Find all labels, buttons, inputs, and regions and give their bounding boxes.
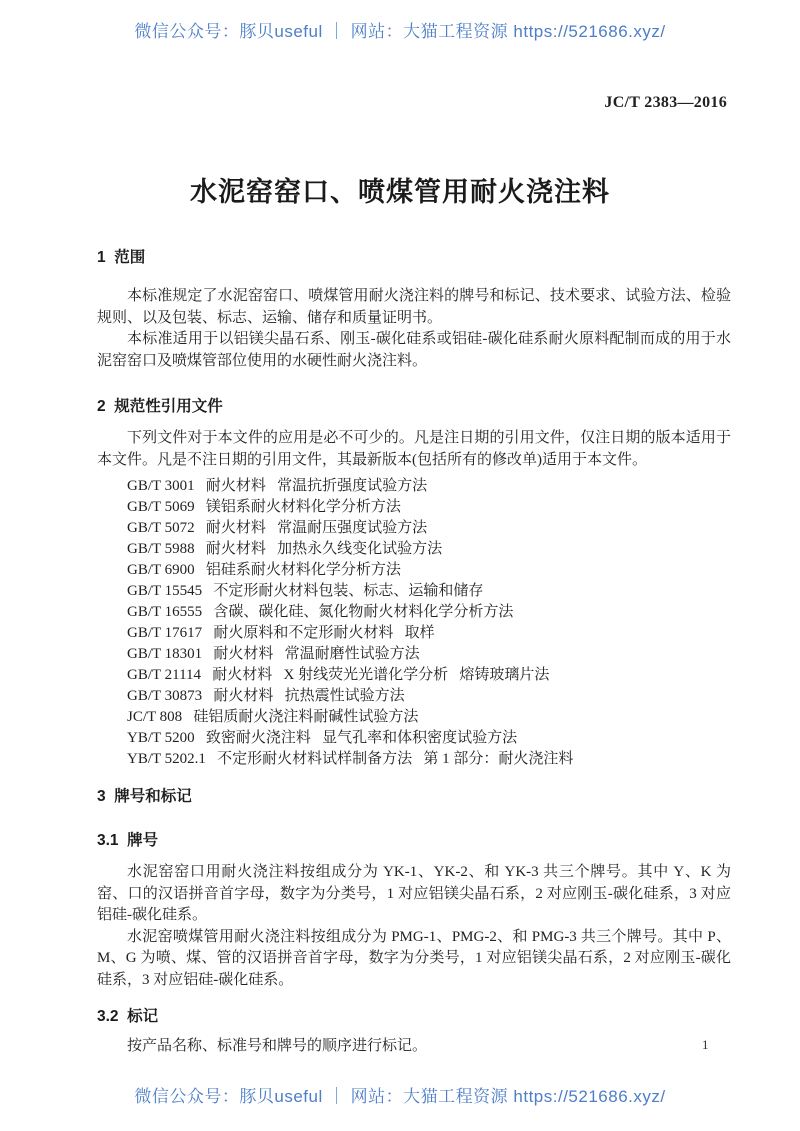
reference-item: GB/T 3001 耐火材料 常温抗折强度试验方法: [127, 476, 731, 497]
reference-item: GB/T 5988 耐火材料 加热永久线变化试验方法: [127, 539, 731, 560]
header-watermark: 微信公众号：豚贝useful ｜ 网站：大猫工程资源 https://52168…: [0, 17, 800, 42]
document-title: 水泥窑窑口、喷煤管用耐火浇注料: [0, 170, 800, 209]
footer-watermark: 微信公众号：豚贝useful ｜ 网站：大猫工程资源 https://52168…: [0, 1082, 800, 1107]
reference-item: YB/T 5200 致密耐火浇注料 显气孔率和体积密度试验方法: [127, 728, 731, 749]
reference-item: GB/T 21114 耐火材料 X 射线荧光光谱化学分析 熔铸玻璃片法: [127, 665, 731, 686]
section-2-paragraph-1: 下列文件对于本文件的应用是必不可少的。凡是注日期的引用文件，仅注日期的版本适用于…: [97, 428, 731, 471]
reference-item: GB/T 6900 铝硅系耐火材料化学分析方法: [127, 560, 731, 581]
reference-item: GB/T 15545 不定形耐火材料包装、标志、运输和储存: [127, 581, 731, 602]
section-3-1-paragraph-2: 水泥窑喷煤管用耐火浇注料按组成分为 PMG-1、PMG-2、和 PMG-3 共三…: [97, 927, 731, 992]
section-3-1-heading: 3.1 牌号: [97, 830, 731, 852]
section-1-paragraph-2: 本标准适用于以铝镁尖晶石系、刚玉-碳化硅系或铝硅-碳化硅系耐火原料配制而成的用于…: [97, 329, 731, 372]
reference-item: GB/T 5069 镁铝系耐火材料化学分析方法: [127, 497, 731, 518]
reference-item: GB/T 5072 耐火材料 常温耐压强度试验方法: [127, 518, 731, 539]
section-3-1-paragraph-1: 水泥窑窑口用耐火浇注料按组成分为 YK-1、YK-2、和 YK-3 共三个牌号。…: [97, 862, 731, 927]
reference-item: JC/T 808 硅铝质耐火浇注料耐碱性试验方法: [127, 707, 731, 728]
page-number: 1: [702, 1037, 709, 1053]
reference-item: GB/T 17617 耐火原料和不定形耐火材料 取样: [127, 623, 731, 644]
standard-number: JC/T 2383—2016: [604, 94, 727, 112]
document-page: 微信公众号：豚贝useful ｜ 网站：大猫工程资源 https://52168…: [0, 0, 800, 1131]
section-3-2-paragraph-1: 按产品名称、标准号和牌号的顺序进行标记。: [97, 1036, 731, 1058]
reference-item: GB/T 16555 含碳、碳化硅、氮化物耐火材料化学分析方法: [127, 602, 731, 623]
reference-item: GB/T 30873 耐火材料 抗热震性试验方法: [127, 686, 731, 707]
section-1-heading: 1 范围: [97, 247, 731, 269]
reference-item: YB/T 5202.1 不定形耐火材料试样制备方法 第 1 部分：耐火浇注料: [127, 749, 731, 770]
reference-list: GB/T 3001 耐火材料 常温抗折强度试验方法 GB/T 5069 镁铝系耐…: [127, 476, 731, 770]
document-body: 1 范围 本标准规定了水泥窑窑口、喷煤管用耐火浇注料的牌号和标记、技术要求、试验…: [97, 247, 731, 1058]
reference-item: GB/T 18301 耐火材料 常温耐磨性试验方法: [127, 644, 731, 665]
section-3-2-heading: 3.2 标记: [97, 1006, 731, 1028]
section-3-heading: 3 牌号和标记: [97, 786, 731, 808]
section-2-heading: 2 规范性引用文件: [97, 396, 731, 418]
section-1-paragraph-1: 本标准规定了水泥窑窑口、喷煤管用耐火浇注料的牌号和标记、技术要求、试验方法、检验…: [97, 286, 731, 329]
